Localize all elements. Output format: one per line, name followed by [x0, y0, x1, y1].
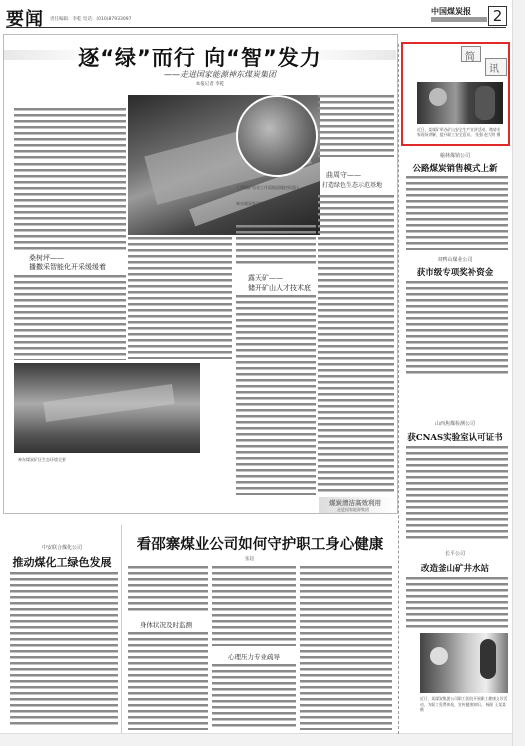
story-body	[406, 577, 508, 629]
story-kicker: 山西焦煤检测公司	[400, 420, 510, 427]
section-kicker: 曲周守——	[326, 170, 361, 180]
article-column	[300, 566, 392, 730]
brief-title-char: 讯	[489, 60, 499, 75]
story-body	[406, 176, 508, 250]
paper-date-bar	[431, 17, 487, 22]
photo-caption: 神东煤炭矿区生态环境全景	[18, 457, 198, 463]
column-divider	[121, 525, 122, 733]
article-column	[14, 163, 126, 251]
paper-name: 中国煤炭报	[431, 6, 471, 17]
promo-banner: 煤炭清洁高效利用 走进国家能源集团	[319, 497, 395, 513]
story-body	[10, 572, 118, 728]
health-checkup-photo	[420, 633, 508, 693]
story-kicker: 长平公司	[400, 550, 510, 557]
control-room-photo	[236, 95, 318, 177]
article-column	[236, 225, 316, 265]
article-column	[128, 566, 208, 614]
story-kicker: 中安联合煤化公司	[6, 544, 118, 551]
story-headline: 获市级专项奖补资金	[400, 266, 510, 278]
section-title: 要闻	[6, 5, 44, 31]
feature-subheadline: ——走进国家能源神东煤炭集团	[4, 69, 396, 80]
section-subtitle: 打造绿色生态示范基地	[322, 180, 382, 189]
section-subtitle: 储开矿山人才技术底	[248, 283, 311, 293]
story-headline: 获CNAS实验室认可证书	[400, 431, 510, 443]
section-subtitle: 播撒采智能化开采缓缓着	[29, 262, 106, 272]
feature-byline: 本报记者 李乾	[4, 81, 396, 87]
feature-article: 逐“绿”而行 向“智”发力 ——走进国家能源神东煤炭集团 本报记者 李乾 桑树坪…	[3, 34, 398, 514]
brief-title-char: 简	[465, 48, 475, 63]
story-headline: 公路煤炭销售模式上新	[400, 162, 510, 174]
brief-caption: 近日，某煤矿举办矿山安全生产宣讲活动，邀请专家现场讲解，提升职工安全意识。 张强…	[417, 127, 503, 147]
article-column	[236, 295, 316, 495]
brief-highlight-box: 简 讯 近日，某煤矿举办矿山安全生产宣讲活动，邀请专家现场讲解，提升职工安全意识…	[401, 42, 510, 146]
masthead: 要闻 责任编辑：李乾 电话：(010)87933097 中国煤炭报 2	[6, 4, 506, 28]
story-headline: 推动煤化工绿色发展	[6, 554, 118, 570]
article-byline: 张超	[245, 556, 254, 562]
brief-photo	[417, 82, 503, 124]
aerial-mine-photo	[14, 363, 200, 453]
article-column	[318, 95, 394, 157]
photo-caption: 神东煤炭集团智能化采煤工作面	[236, 201, 316, 207]
newspaper-page: 要闻 责任编辑：李乾 电话：(010)87933097 中国煤炭报 2 逐“绿”…	[0, 0, 525, 746]
article-column	[14, 275, 126, 360]
banner-title: 煤炭清洁高效利用	[329, 498, 381, 507]
section-subtitle: 身体状况及时监测	[140, 620, 192, 629]
page-number: 2	[488, 6, 507, 26]
photo-caption: 上湾煤矿综采工作面地面操控机器人	[236, 185, 316, 191]
section-subtitle: 心理压力专业疏导	[228, 652, 280, 661]
page-edge-shadow	[512, 0, 525, 746]
editor-line: 责任编辑：李乾 电话：(010)87933097	[50, 16, 131, 22]
section-kicker: 露天矿——	[248, 273, 283, 283]
story-kicker: 双鸭山煤业公司	[400, 256, 510, 263]
article-column	[128, 237, 232, 359]
article-headline: 看邵寨煤业公司如何守护职工身心健康	[125, 533, 395, 554]
article-column	[128, 632, 208, 730]
article-column	[14, 108, 126, 161]
article-column	[212, 566, 296, 646]
feature-headline: 逐“绿”而行 向“智”发力	[4, 42, 396, 72]
story-body	[406, 281, 508, 377]
page-edge-shadow-bottom	[0, 733, 512, 746]
story-headline: 改造釜山矿井水站	[400, 562, 510, 574]
photo-caption: 近日，某煤炭集团公司职工医院开展职工健康义诊活动，为职工免费体检，宣传健康知识。…	[420, 696, 508, 728]
banner-subtitle: 走进国家能源集团	[337, 507, 369, 513]
article-column	[318, 195, 394, 495]
story-kicker: 榆林煤销公司	[400, 152, 510, 159]
story-body	[406, 446, 508, 541]
news-brief-sidebar	[398, 44, 512, 734]
article-column	[212, 664, 296, 730]
